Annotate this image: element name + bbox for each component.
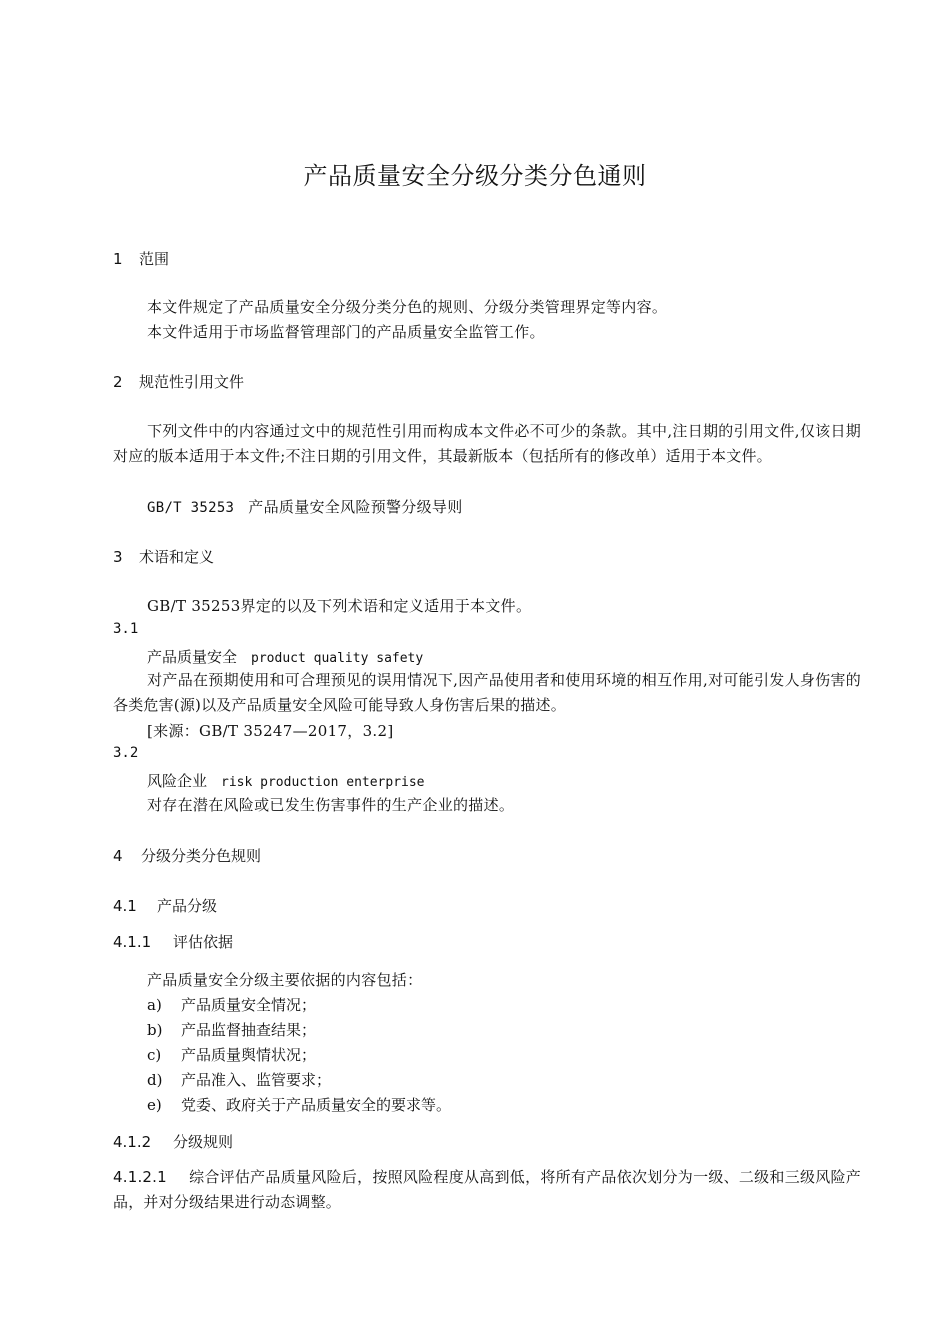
- clause-text: 综合评估产品质量风险后，按照风险程度从高到低，将所有产品依次划分为一级、二级和三…: [113, 1168, 861, 1211]
- normative-reference: GB/T 35253产品质量安全风险预警分级导则: [147, 496, 463, 517]
- section-4-heading: 4分级分类分色规则: [113, 845, 261, 866]
- reference-code: GB/T 35253: [147, 500, 234, 516]
- section-number: 4.1.1: [113, 933, 173, 951]
- section-title: 术语和定义: [139, 548, 214, 566]
- section-number: 4.1: [113, 897, 157, 915]
- reference-title: 产品质量安全风险预警分级导则: [248, 498, 462, 516]
- paragraph: 本文件适用于市场监督管理部门的产品质量安全监管工作。: [147, 321, 545, 342]
- section-number: 2: [113, 373, 139, 391]
- section-number: 4.1.2: [113, 1133, 173, 1151]
- list-marker: e): [147, 1096, 181, 1114]
- paragraph: GB/T 35253界定的以及下列术语和定义适用于本文件。: [147, 595, 531, 616]
- section-1-heading: 1范围: [113, 248, 169, 269]
- clause-number: 4.1.2.1: [113, 1165, 189, 1190]
- section-title: 产品分级: [157, 897, 217, 915]
- subsection-4-1-heading: 4.1产品分级: [113, 895, 217, 916]
- list-item: d)产品准入、监管要求；: [147, 1069, 331, 1090]
- term-zh: 产品质量安全: [147, 648, 237, 666]
- section-number: 4: [113, 847, 141, 865]
- section-number: 3: [113, 548, 139, 566]
- section-title: 分级分类分色规则: [141, 847, 261, 865]
- term-en: risk production enterprise: [221, 775, 425, 790]
- term-definition: 对产品在预期使用和可合理预见的误用情况下,因产品使用者和使用环境的相互作用,对可…: [113, 668, 861, 718]
- document-title: 产品质量安全分级分类分色通则: [0, 156, 950, 191]
- subsection-4-1-1-heading: 4.1.1评估依据: [113, 931, 233, 952]
- term-entry: 风险企业risk production enterprise: [147, 770, 425, 791]
- section-title: 分级规则: [173, 1133, 233, 1151]
- section-title: 评估依据: [173, 933, 233, 951]
- list-item: c)产品质量舆情状况；: [147, 1044, 316, 1065]
- list-marker: d): [147, 1071, 181, 1089]
- paragraph: 产品质量安全分级主要依据的内容包括：: [147, 969, 422, 990]
- term-definition: 对存在潜在风险或已发生伤害事件的生产企业的描述。: [147, 794, 514, 815]
- list-item: b)产品监督抽查结果；: [147, 1019, 316, 1040]
- list-marker: b): [147, 1021, 181, 1039]
- section-2-heading: 2规范性引用文件: [113, 371, 244, 392]
- term-en: product quality safety: [251, 651, 423, 666]
- list-item: e)党委、政府关于产品质量安全的要求等。: [147, 1094, 451, 1115]
- section-number: 1: [113, 250, 139, 268]
- subsection-4-1-2-heading: 4.1.2分级规则: [113, 1131, 233, 1152]
- term-number: 3.1: [113, 621, 138, 637]
- term-entry: 产品质量安全product quality safety: [147, 646, 423, 667]
- list-item: a)产品质量安全情况；: [147, 994, 316, 1015]
- term-number: 3.2: [113, 745, 138, 761]
- clause-4-1-2-1: 4.1.2.1综合评估产品质量风险后，按照风险程度从高到低，将所有产品依次划分为…: [113, 1165, 861, 1215]
- section-title: 范围: [139, 250, 169, 268]
- section-3-heading: 3术语和定义: [113, 546, 214, 567]
- paragraph: 本文件规定了产品质量安全分级分类分色的规则、分级分类管理界定等内容。: [147, 296, 667, 317]
- list-marker: c): [147, 1046, 181, 1064]
- section-title: 规范性引用文件: [139, 373, 244, 391]
- list-marker: a): [147, 996, 181, 1014]
- term-source: [来源：GB/T 35247—2017，3.2]: [147, 720, 393, 741]
- paragraph: 下列文件中的内容通过文中的规范性引用而构成本文件必不可少的条款。其中,注日期的引…: [113, 419, 861, 469]
- term-zh: 风险企业: [147, 772, 207, 790]
